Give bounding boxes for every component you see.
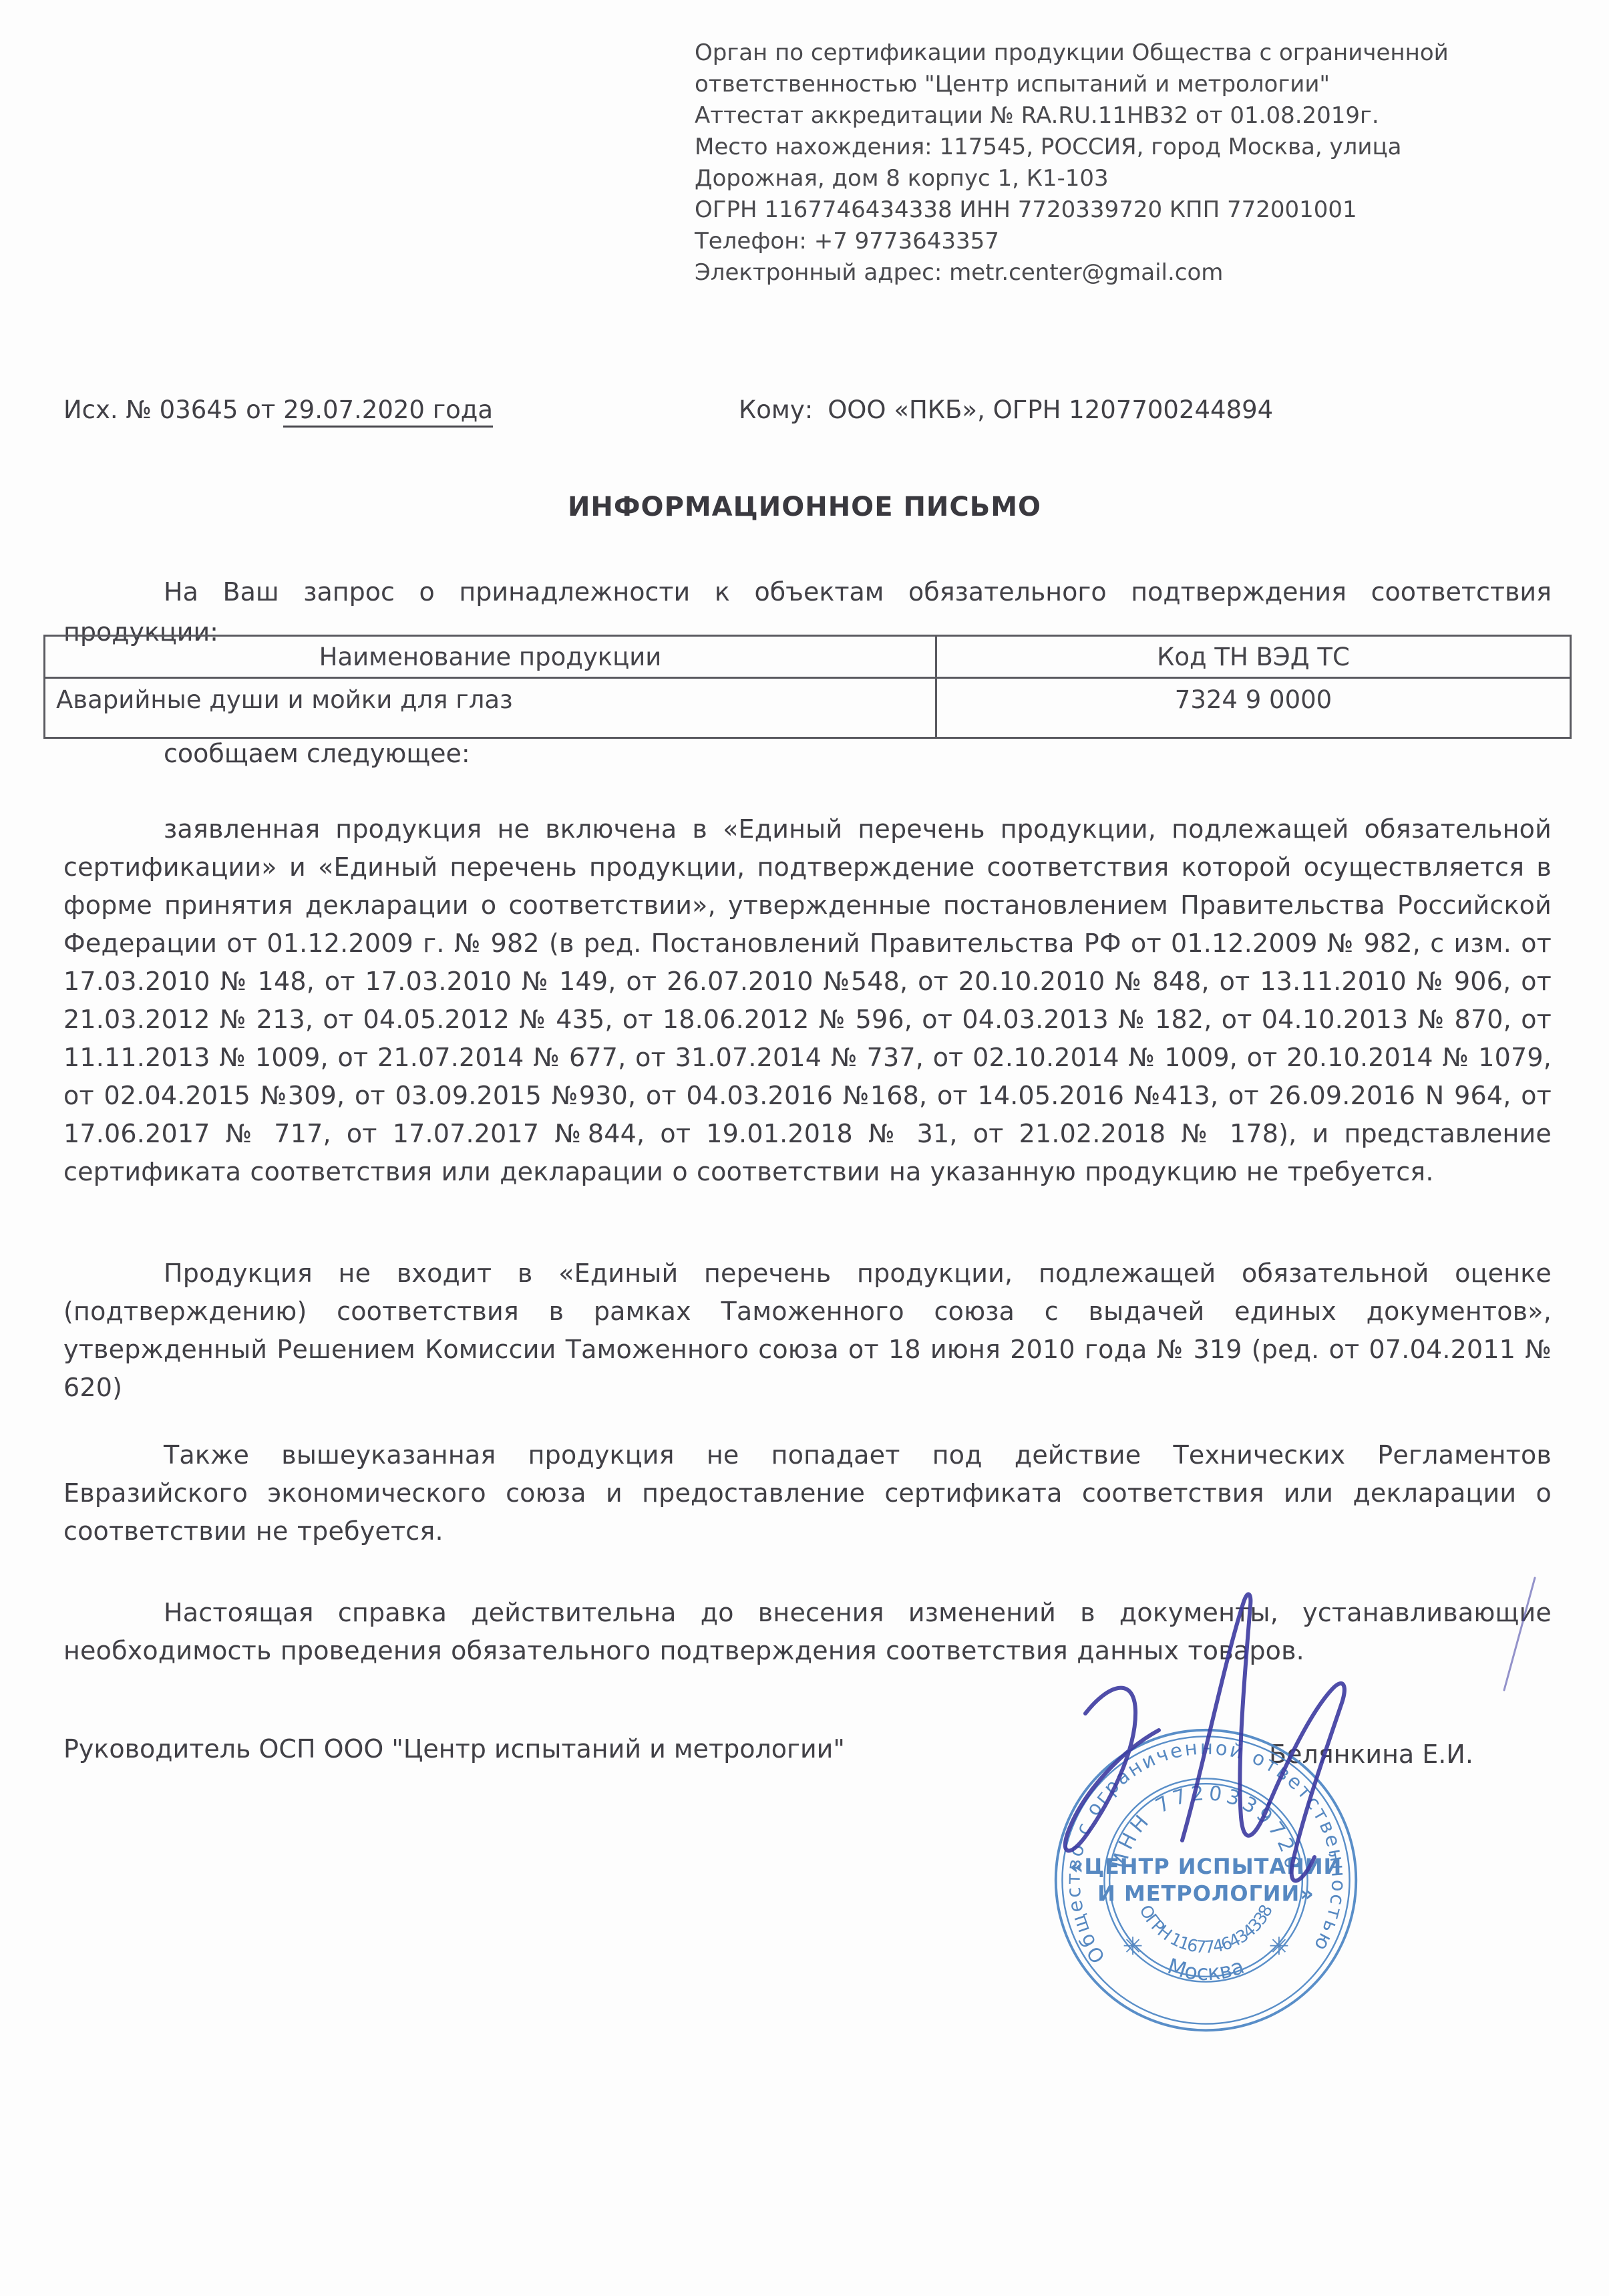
handwritten-signature <box>1042 1556 1603 1904</box>
letterhead-line: Телефон: +7 9773643357 <box>695 226 1483 257</box>
stamp-ogrn-text: ОГРН 1167746434338 <box>1135 1901 1276 1957</box>
letterhead-line: ОГРН 1167746434338 ИНН 7720339720 КПП 77… <box>695 194 1483 226</box>
outgoing-ref-prefix: Исх. № 03645 от <box>63 395 283 424</box>
table-row: Аварийные души и мойки для глаз 7324 9 0… <box>45 678 1571 738</box>
stamp-city-text: Москва <box>1164 1953 1248 1985</box>
signature-stroke-left-loop <box>1065 1688 1159 1851</box>
letterhead-line: Место нахождения: 117545, РОССИЯ, город … <box>695 132 1483 194</box>
recipient-label: Кому: <box>739 395 813 424</box>
paragraph-technical-regulations: Также вышеуказанная продукция не попадае… <box>63 1436 1552 1550</box>
stamp-star-right: ✳ <box>1269 1932 1290 1961</box>
recipient-value: ООО «ПКБ», ОГРН 1207700244894 <box>828 395 1273 424</box>
document-page: Орган по сертификации продукции Общества… <box>0 0 1609 2296</box>
product-table: Наименование продукции Код ТН ВЭД ТС Ава… <box>43 635 1572 739</box>
table-cell-tnved-code: 7324 9 0000 <box>936 678 1571 738</box>
letter-title: ИНФОРМАЦИОННОЕ ПИСЬМО <box>0 492 1609 522</box>
table-header-product-name: Наименование продукции <box>45 636 936 678</box>
paragraph-certification-lists: заявленная продукция не включена в «Един… <box>63 810 1552 1191</box>
after-table-text: сообщаем следующее: <box>164 739 470 768</box>
letterhead-line: Аттестат аккредитации № RA.RU.11HB32 от … <box>695 100 1483 132</box>
signatory-position-label: Руководитель ОСП ООО "Центр испытаний и … <box>63 1734 845 1764</box>
table-header-tnved-code: Код ТН ВЭД ТС <box>936 636 1571 678</box>
letterhead: Орган по сертификации продукции Общества… <box>695 37 1483 289</box>
outgoing-reference: Исх. № 03645 от 29.07.2020 года <box>63 395 493 424</box>
paragraph-customs-union-list: Продукция не входит в «Единый перечень п… <box>63 1255 1552 1407</box>
table-cell-product-name: Аварийные души и мойки для глаз <box>45 678 936 738</box>
stamp-star-left: ✳ <box>1123 1932 1143 1961</box>
svg-text:ОГРН 1167746434338: ОГРН 1167746434338 <box>1135 1901 1276 1957</box>
signature-stroke-tall-spike <box>1182 1595 1269 1840</box>
outgoing-ref-date: 29.07.2020 года <box>283 395 493 428</box>
signature-stroke-flourish <box>1269 1683 1345 1881</box>
svg-text:Москва: Москва <box>1164 1953 1248 1985</box>
signature-stray-line <box>1504 1578 1535 1690</box>
letterhead-line: Электронный адрес: metr.center@gmail.com <box>695 257 1483 289</box>
table-header-row: Наименование продукции Код ТН ВЭД ТС <box>45 636 1571 678</box>
letterhead-line: Орган по сертификации продукции Общества… <box>695 37 1483 100</box>
recipient-line: Кому:ООО «ПКБ», ОГРН 1207700244894 <box>739 395 1273 424</box>
